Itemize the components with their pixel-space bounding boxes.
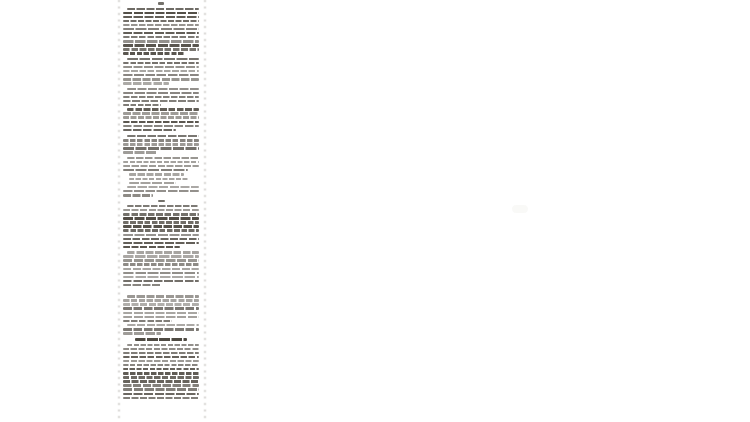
- paragraph: [123, 58, 199, 85]
- text-line: [123, 74, 199, 76]
- text-line: [127, 135, 199, 137]
- text-line: [127, 251, 199, 253]
- text-line: [123, 100, 199, 102]
- paragraph: [123, 157, 199, 172]
- text-line: [123, 66, 199, 68]
- text-line: [123, 348, 199, 350]
- text-line: [123, 151, 157, 153]
- text-line: [123, 372, 199, 374]
- text-line: [123, 116, 199, 118]
- text-line: [123, 299, 199, 301]
- text-line: [123, 48, 199, 50]
- text-line: [123, 259, 199, 261]
- paragraph: [123, 108, 199, 131]
- text-line: [123, 221, 199, 223]
- text-line: [123, 352, 199, 354]
- text-line: [123, 356, 199, 358]
- text-line: [127, 295, 199, 297]
- text-line: [123, 28, 199, 30]
- paragraph: [123, 344, 199, 399]
- text-line: [123, 397, 199, 399]
- section-marker-glyph: [158, 2, 164, 5]
- text-line: [123, 316, 199, 318]
- text-line: [123, 36, 199, 38]
- text-line: [129, 178, 188, 180]
- text-line: [123, 272, 199, 274]
- subheading-line: [135, 338, 187, 341]
- text-line: [123, 332, 161, 334]
- paragraph: [123, 324, 199, 335]
- scan-page: Scanned newspaper clipping: one narrow c…: [0, 0, 750, 422]
- text-line: [127, 186, 199, 188]
- text-line: [123, 229, 199, 231]
- text-line: [123, 217, 199, 219]
- text-line: [123, 96, 199, 98]
- text-line: [123, 268, 199, 270]
- text-line: [129, 173, 184, 175]
- text-line: [123, 368, 199, 370]
- text-line: [123, 276, 199, 278]
- section-marker-glyph: [158, 200, 165, 203]
- text-line: [129, 182, 176, 184]
- text-line: [123, 161, 199, 163]
- text-line: [123, 165, 199, 167]
- text-line: [123, 242, 199, 244]
- text-line: [123, 52, 185, 54]
- text-line: [123, 194, 153, 196]
- text-line: [123, 393, 199, 395]
- text-line: [123, 125, 199, 127]
- text-line: [123, 213, 199, 215]
- text-line: [123, 143, 199, 145]
- text-line: [123, 384, 199, 386]
- text-line: [127, 108, 199, 110]
- paragraph: [123, 135, 199, 154]
- text-line: [123, 225, 199, 227]
- text-line: [127, 8, 199, 10]
- text-line: [127, 157, 199, 159]
- text-line: [123, 62, 199, 64]
- text-line: [127, 344, 199, 346]
- text-line: [123, 209, 199, 211]
- paragraph: [123, 186, 199, 197]
- text-line: [123, 78, 199, 80]
- text-line: [123, 169, 188, 171]
- text-line: [123, 234, 199, 236]
- paragraph: [123, 8, 199, 55]
- text-line: [123, 104, 161, 106]
- text-line: [123, 238, 199, 240]
- text-line: [123, 255, 199, 257]
- text-line: [123, 280, 199, 282]
- text-line: [123, 360, 199, 362]
- text-line: [123, 32, 199, 34]
- text-line: [123, 284, 161, 286]
- text-line: [123, 70, 199, 72]
- paragraph: [123, 205, 199, 248]
- text-column: [116, 0, 206, 422]
- text-line: [123, 380, 199, 382]
- text-line: [123, 364, 199, 366]
- text-line: [123, 40, 199, 42]
- paragraph: [123, 295, 199, 322]
- text-line: [127, 324, 199, 326]
- text-line: [123, 312, 199, 314]
- text-line: [123, 20, 199, 22]
- text-line: [123, 147, 199, 149]
- text-line: [123, 246, 180, 248]
- text-line: [123, 263, 199, 265]
- text-line: [123, 129, 176, 131]
- text-line: [127, 58, 199, 60]
- text-line: [123, 190, 199, 192]
- paragraph: [123, 88, 199, 107]
- text-line: [127, 88, 199, 90]
- text-line: [123, 307, 199, 309]
- text-line: [123, 112, 199, 114]
- text-line: [123, 82, 169, 84]
- text-line: [123, 376, 199, 378]
- text-line: [123, 16, 199, 18]
- text-line: [123, 328, 199, 330]
- text-line: [123, 303, 199, 305]
- text-line: [123, 44, 199, 46]
- scan-smudge: [512, 205, 528, 213]
- text-line: [123, 92, 199, 94]
- newspaper-clipping: [116, 0, 206, 422]
- paragraph: [123, 251, 199, 286]
- subheading: [123, 338, 199, 341]
- text-line: [123, 24, 199, 26]
- section-marker: [123, 2, 199, 5]
- text-line: [123, 388, 199, 390]
- text-line: [127, 205, 199, 207]
- text-line: [123, 139, 199, 141]
- quote-paragraph: [123, 173, 199, 184]
- text-line: [123, 320, 172, 322]
- section-marker: [123, 200, 199, 203]
- text-line: [123, 121, 199, 123]
- text-line: [123, 12, 199, 14]
